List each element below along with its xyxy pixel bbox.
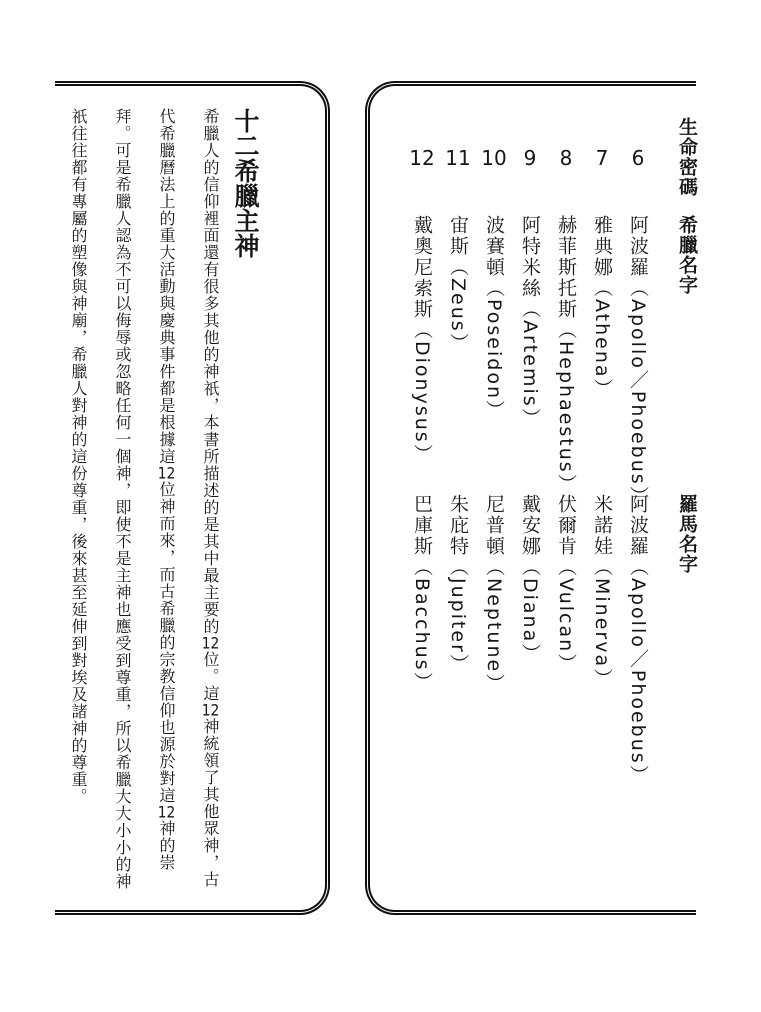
roman-god-name: 伏爾肯（Vulcan） <box>548 494 584 674</box>
god-table-row: 6 阿波羅（Apollo／Phoebus） 阿波羅（Apollo／Phoebus… <box>620 86 656 910</box>
header-life-code: 生命密碼 <box>669 117 705 197</box>
life-code-value: 6 <box>620 146 656 170</box>
life-code-value: 7 <box>584 146 620 170</box>
life-code-value: 11 <box>440 146 476 170</box>
god-table-row: 8 赫菲斯托斯（Hephaestus） 伏爾肯（Vulcan） <box>548 86 584 910</box>
gods-table-header-column: 生命密碼 希臘名字 羅馬名字 <box>664 86 710 910</box>
god-table-row: 10 波賽頓（Poseidon） 尼普頓（Neptune） <box>476 86 512 910</box>
god-table-row: 7 雅典娜（Athena） 米諾娃（Minerva） <box>584 86 620 910</box>
god-table-row: 9 阿特米絲（Artemis） 戴安娜（Diana） <box>512 86 548 910</box>
life-code-value: 12 <box>404 146 440 170</box>
god-table-row: 11 宙斯（Zeus） 朱庇特（Jupiter） <box>440 86 476 910</box>
article-body-text: 希臘人的信仰裡面還有很多其他的神祇，本書所描述的是其中最主要的12位。這12神統… <box>56 108 232 890</box>
life-code-value: 10 <box>476 146 512 170</box>
article-title: 十二希臘主神 <box>232 108 258 892</box>
greek-god-name: 雅典娜（Athena） <box>584 215 620 400</box>
greek-god-name: 宙斯（Zeus） <box>440 215 476 354</box>
roman-god-name: 米諾娃（Minerva） <box>584 494 620 689</box>
greek-god-name: 阿波羅（Apollo／Phoebus） <box>620 215 656 507</box>
roman-god-name: 阿波羅（Apollo／Phoebus） <box>620 494 656 786</box>
greek-god-name: 赫菲斯托斯（Hephaestus） <box>548 215 584 495</box>
roman-god-name: 戴安娜（Diana） <box>512 494 548 664</box>
life-code-value: 9 <box>512 146 548 170</box>
header-greek-name: 希臘名字 <box>669 215 705 295</box>
header-roman-name: 羅馬名字 <box>669 494 705 574</box>
roman-god-name: 朱庇特（Jupiter） <box>440 494 476 675</box>
greek-god-name: 波賽頓（Poseidon） <box>476 215 512 421</box>
god-table-row: 12 戴奧尼索斯（Dionysus） 巴庫斯（Bacchus） <box>404 86 440 910</box>
life-code-value: 8 <box>548 146 584 170</box>
gods-table: 生命密碼 希臘名字 羅馬名字 6 阿波羅（Apollo／Phoebus） 阿波羅… <box>404 86 710 910</box>
greek-god-name: 戴奧尼索斯（Dionysus） <box>404 215 440 465</box>
roman-god-name: 巴庫斯（Bacchus） <box>404 494 440 693</box>
roman-god-name: 尼普頓（Neptune） <box>476 494 512 694</box>
article-content: 十二希臘主神 希臘人的信仰裡面還有很多其他的神祇，本書所描述的是其中最主要的12… <box>55 86 325 910</box>
book-page: 生命密碼 希臘名字 羅馬名字 6 阿波羅（Apollo／Phoebus） 阿波羅… <box>0 0 761 1012</box>
gods-table-panel: 生命密碼 希臘名字 羅馬名字 6 阿波羅（Apollo／Phoebus） 阿波羅… <box>365 81 696 915</box>
greek-god-name: 阿特米絲（Artemis） <box>512 215 548 429</box>
article-panel: 十二希臘主神 希臘人的信仰裡面還有很多其他的神祇，本書所描述的是其中最主要的12… <box>55 81 330 915</box>
